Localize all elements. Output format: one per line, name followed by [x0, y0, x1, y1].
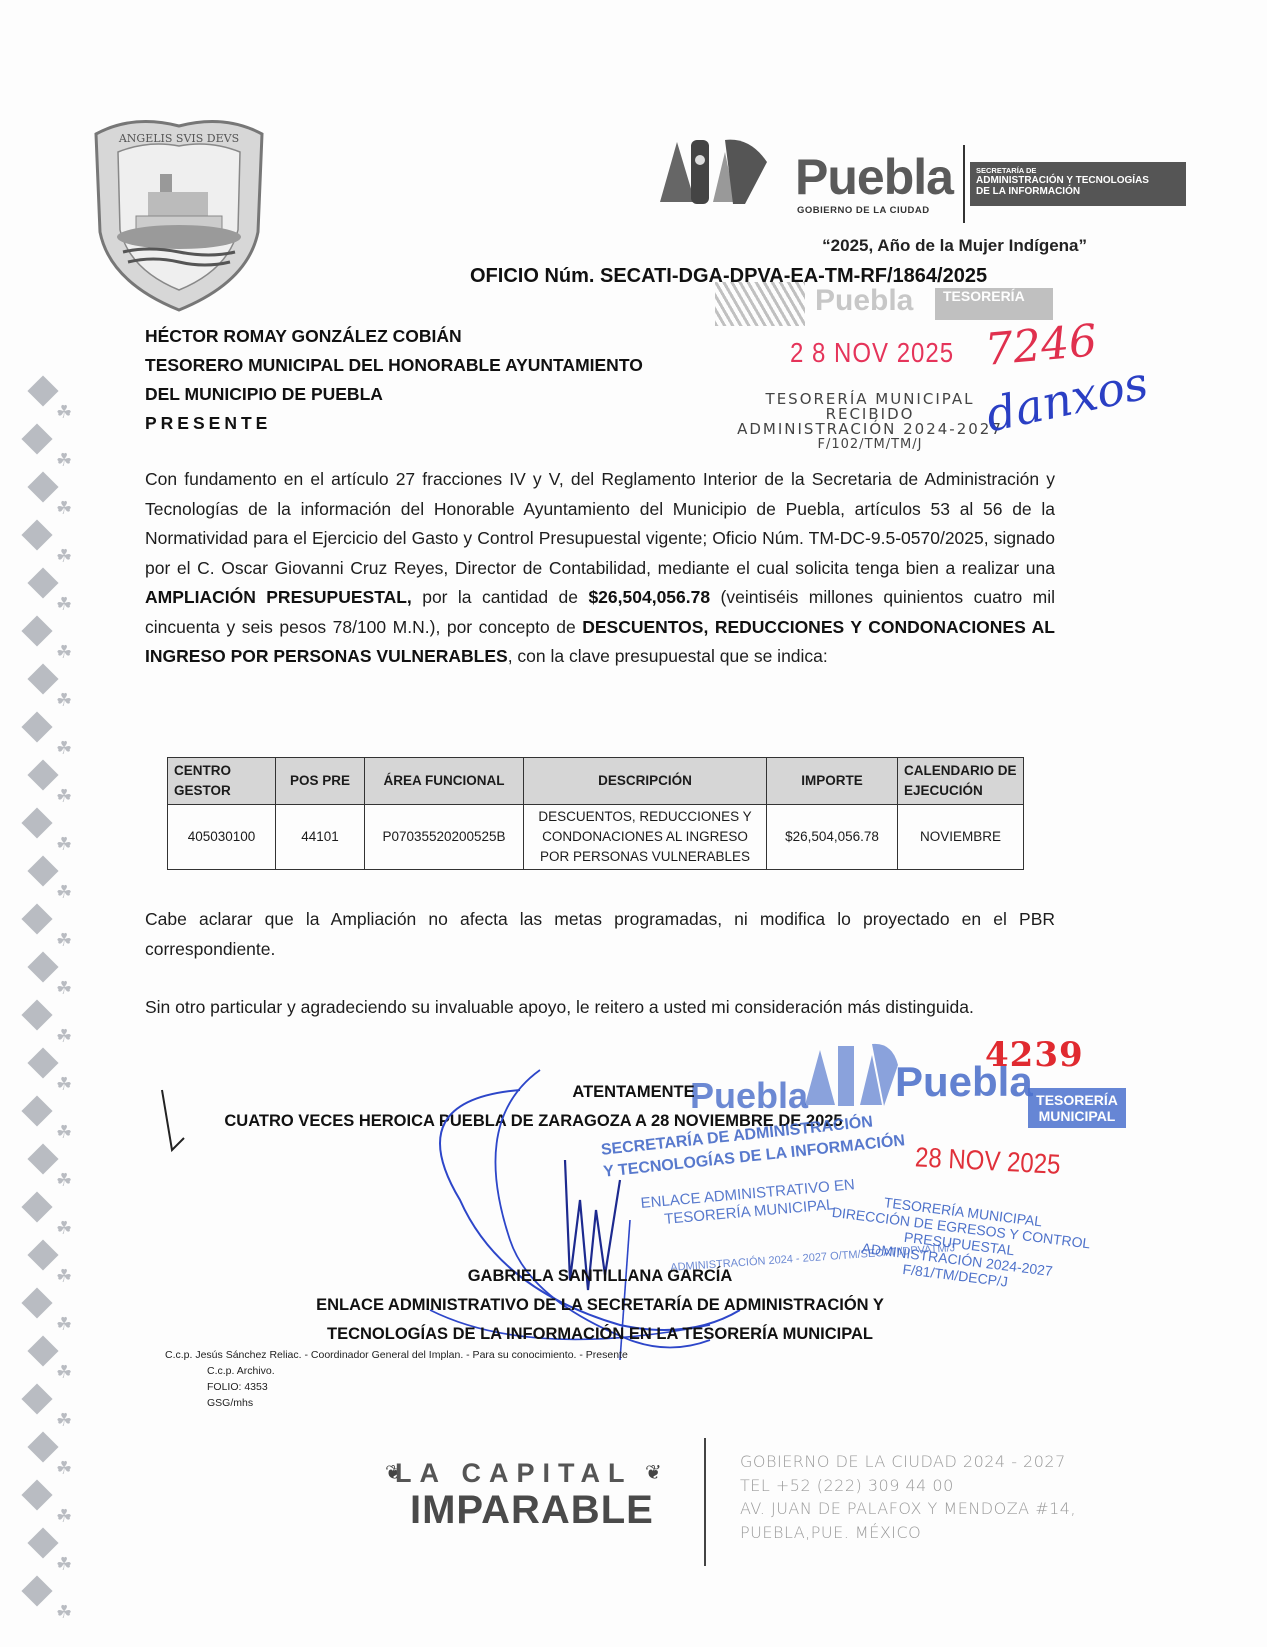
border-leaf-icon: ☘: [56, 402, 72, 423]
cell-pos-pre: 44101: [276, 805, 365, 870]
secretaria-line2: ADMINISTRACIÓN Y TECNOLOGÍAS: [976, 175, 1180, 186]
footer-info: GOBIERNO DE LA CIUDAD 2024 - 2027 TEL +5…: [740, 1450, 1076, 1544]
stamp-box: TESORERÍA: [935, 288, 1053, 320]
border-leaf-icon: ☘: [56, 786, 72, 807]
body-paragraph-1: Con fundamento en el artículo 27 fraccio…: [145, 465, 1055, 672]
table-row: 405030100 44101 P07035520200525B DESCUEN…: [168, 805, 1024, 870]
border-diamond-icon: [27, 1431, 58, 1462]
secretaria-line1: SECRETARÍA DE: [976, 166, 1180, 175]
p1-bold-amount: $26,504,056.78: [588, 587, 710, 607]
received-stamp-block: TESORERÍA MUNICIPAL RECIBIDO ADMINISTRAC…: [725, 392, 1015, 452]
body-paragraph-3: Sin otro particular y agradeciendo su in…: [145, 993, 1055, 1023]
border-diamond-icon: [21, 807, 52, 838]
border-leaf-icon: ☘: [56, 546, 72, 567]
border-leaf-icon: ☘: [56, 1170, 72, 1191]
received-date-stamp: 2 8 NOV 2025: [790, 338, 954, 370]
border-leaf-icon: ☘: [56, 930, 72, 951]
border-diamond-icon: [27, 855, 58, 886]
border-diamond-icon: [21, 1191, 52, 1222]
border-diamond-icon: [27, 1143, 58, 1174]
cell-centro-gestor: 405030100: [168, 805, 276, 870]
signer-name: GABRIELA SANTILLANA GARCÍA: [0, 1262, 1200, 1291]
border-leaf-icon: ☘: [56, 1362, 72, 1383]
puebla-logo-word: Puebla: [795, 148, 953, 206]
col-importe: IMPORTE: [767, 758, 898, 805]
cell-calendario: NOVIEMBRE: [898, 805, 1024, 870]
border-leaf-icon: ☘: [56, 1410, 72, 1431]
city-crest-icon: ANGELIS SVIS DEVS: [88, 112, 270, 314]
handwritten-number: 7246: [983, 315, 1099, 376]
footer-gov: GOBIERNO DE LA CIUDAD 2024 - 2027: [740, 1450, 1076, 1474]
border-leaf-icon: ☘: [56, 498, 72, 519]
year-motto: “2025, Año de la Mujer Indígena”: [822, 236, 1087, 256]
cc-line-1: C.c.p. Jesús Sánchez Reliac. - Coordinad…: [165, 1347, 628, 1363]
col-centro-gestor: CENTRO GESTOR: [168, 758, 276, 805]
logo-divider: [963, 145, 965, 223]
border-diamond-icon: [21, 1479, 52, 1510]
secretaria-badge: SECRETARÍA DE ADMINISTRACIÓN Y TECNOLOGÍ…: [970, 162, 1186, 206]
border-diamond-icon: [21, 615, 52, 646]
secretaria-line3: DE LA INFORMACIÓN: [976, 186, 1180, 197]
received-line-4: F/102/TM/TM/J: [725, 437, 1015, 452]
border-leaf-icon: ☘: [56, 1458, 72, 1479]
cell-importe: $26,504,056.78: [767, 805, 898, 870]
border-leaf-icon: ☘: [56, 1218, 72, 1239]
border-leaf-icon: ☘: [56, 642, 72, 663]
border-diamond-icon: [21, 1575, 52, 1606]
cc-block: C.c.p. Jesús Sánchez Reliac. - Coordinad…: [165, 1347, 628, 1411]
body-paragraph-2: Cabe aclarar que la Ampliación no afecta…: [145, 905, 1055, 964]
border-diamond-icon: [21, 903, 52, 934]
p1-text-e: , con la clave presupuestal que se indic…: [508, 646, 828, 666]
border-diamond-icon: [27, 663, 58, 694]
red-date-stamp: 28 NOV 2025: [914, 1142, 1061, 1182]
p1-text-a: Con fundamento en el artículo 27 fraccio…: [145, 469, 1055, 578]
col-area-funcional: ÁREA FUNCIONAL: [365, 758, 524, 805]
cc-folio: FOLIO: 4353: [165, 1379, 628, 1395]
addressee-name: HÉCTOR ROMAY GONZÁLEZ COBIÁN: [145, 322, 643, 351]
addressee-title-1: TESORERO MUNICIPAL DEL HONORABLE AYUNTAM…: [145, 351, 643, 380]
border-leaf-icon: ☘: [56, 1026, 72, 1047]
border-leaf-icon: ☘: [56, 1506, 72, 1527]
border-diamond-icon: [27, 951, 58, 982]
red-folio-number: 4239: [985, 1035, 1084, 1075]
svg-text:ANGELIS SVIS DEVS: ANGELIS SVIS DEVS: [118, 132, 239, 145]
received-line-3: ADMINISTRACIÓN 2024-2027: [725, 422, 1015, 437]
footer-brand-line1: LA CAPITAL: [395, 1458, 632, 1489]
footer-brand-line2: IMPARABLE: [410, 1488, 654, 1533]
border-leaf-icon: ☘: [56, 690, 72, 711]
footer-phone: TEL +52 (222) 309 44 00: [740, 1474, 1076, 1498]
border-leaf-icon: ☘: [56, 834, 72, 855]
puebla-logo-icon: [655, 132, 773, 212]
cc-line-2: C.c.p. Archivo.: [165, 1363, 628, 1379]
col-pos-pre: POS PRE: [276, 758, 365, 805]
border-diamond-icon: [21, 519, 52, 550]
addressee-title-2: DEL MUNICIPIO DE PUEBLA: [145, 380, 643, 409]
footer-address-2: PUEBLA,PUE. MÉXICO: [740, 1521, 1076, 1545]
border-leaf-icon: ☘: [56, 978, 72, 999]
footer-address-1: AV. JUAN DE PALAFOX Y MENDOZA #14,: [740, 1497, 1076, 1521]
border-diamond-icon: [21, 999, 52, 1030]
stamp-word: Puebla: [815, 284, 913, 318]
signer-block: GABRIELA SANTILLANA GARCÍA ENLACE ADMINI…: [0, 1262, 1200, 1349]
border-leaf-icon: ☘: [56, 594, 72, 615]
signer-title-1: ENLACE ADMINISTRATIVO DE LA SECRETARÍA D…: [0, 1291, 1200, 1320]
border-leaf-icon: ☘: [56, 450, 72, 471]
p1-bold-ampliacion: AMPLIACIÓN PRESUPUESTAL,: [145, 587, 412, 607]
border-leaf-icon: ☘: [56, 1602, 72, 1623]
border-diamond-icon: [27, 567, 58, 598]
logo-subtitle: GOBIERNO DE LA CIUDAD: [797, 205, 930, 216]
cc-initials: GSG/mhs: [165, 1395, 628, 1411]
addressee-presente: PRESENTE: [145, 409, 643, 438]
stamp-logo-icon: [715, 282, 805, 326]
col-descripcion: DESCRIPCIÓN: [524, 758, 767, 805]
col-calendario: CALENDARIO DE EJECUCIÓN: [898, 758, 1024, 805]
border-diamond-icon: [21, 711, 52, 742]
table-header-row: CENTRO GESTOR POS PRE ÁREA FUNCIONAL DES…: [168, 758, 1024, 805]
wing-right-icon: ❦: [645, 1460, 662, 1485]
border-diamond-icon: [21, 1383, 52, 1414]
signer-title-2: TECNOLOGÍAS DE LA INFORMACIÓN EN LA TESO…: [0, 1320, 1200, 1349]
cell-area-funcional: P07035520200525B: [365, 805, 524, 870]
border-leaf-icon: ☘: [56, 738, 72, 759]
border-diamond-icon: [27, 759, 58, 790]
border-leaf-icon: ☘: [56, 882, 72, 903]
border-diamond-icon: [27, 1047, 58, 1078]
border-leaf-icon: ☘: [56, 1554, 72, 1575]
cell-descripcion: DESCUENTOS, REDUCCIONES Y CONDONACIONES …: [524, 805, 767, 870]
footer-divider: [704, 1438, 706, 1566]
addressee-block: HÉCTOR ROMAY GONZÁLEZ COBIÁN TESORERO MU…: [145, 322, 643, 438]
border-diamond-icon: [27, 471, 58, 502]
budget-table: CENTRO GESTOR POS PRE ÁREA FUNCIONAL DES…: [167, 757, 1024, 870]
border-diamond-icon: [21, 423, 52, 454]
border-diamond-icon: [27, 375, 58, 406]
decorative-border: ☘☘☘☘☘☘☘☘☘☘☘☘☘☘☘☘☘☘☘☘☘☘☘☘☘☘: [22, 380, 72, 1630]
p1-text-c: por la cantidad de: [412, 587, 589, 607]
border-diamond-icon: [27, 1527, 58, 1558]
